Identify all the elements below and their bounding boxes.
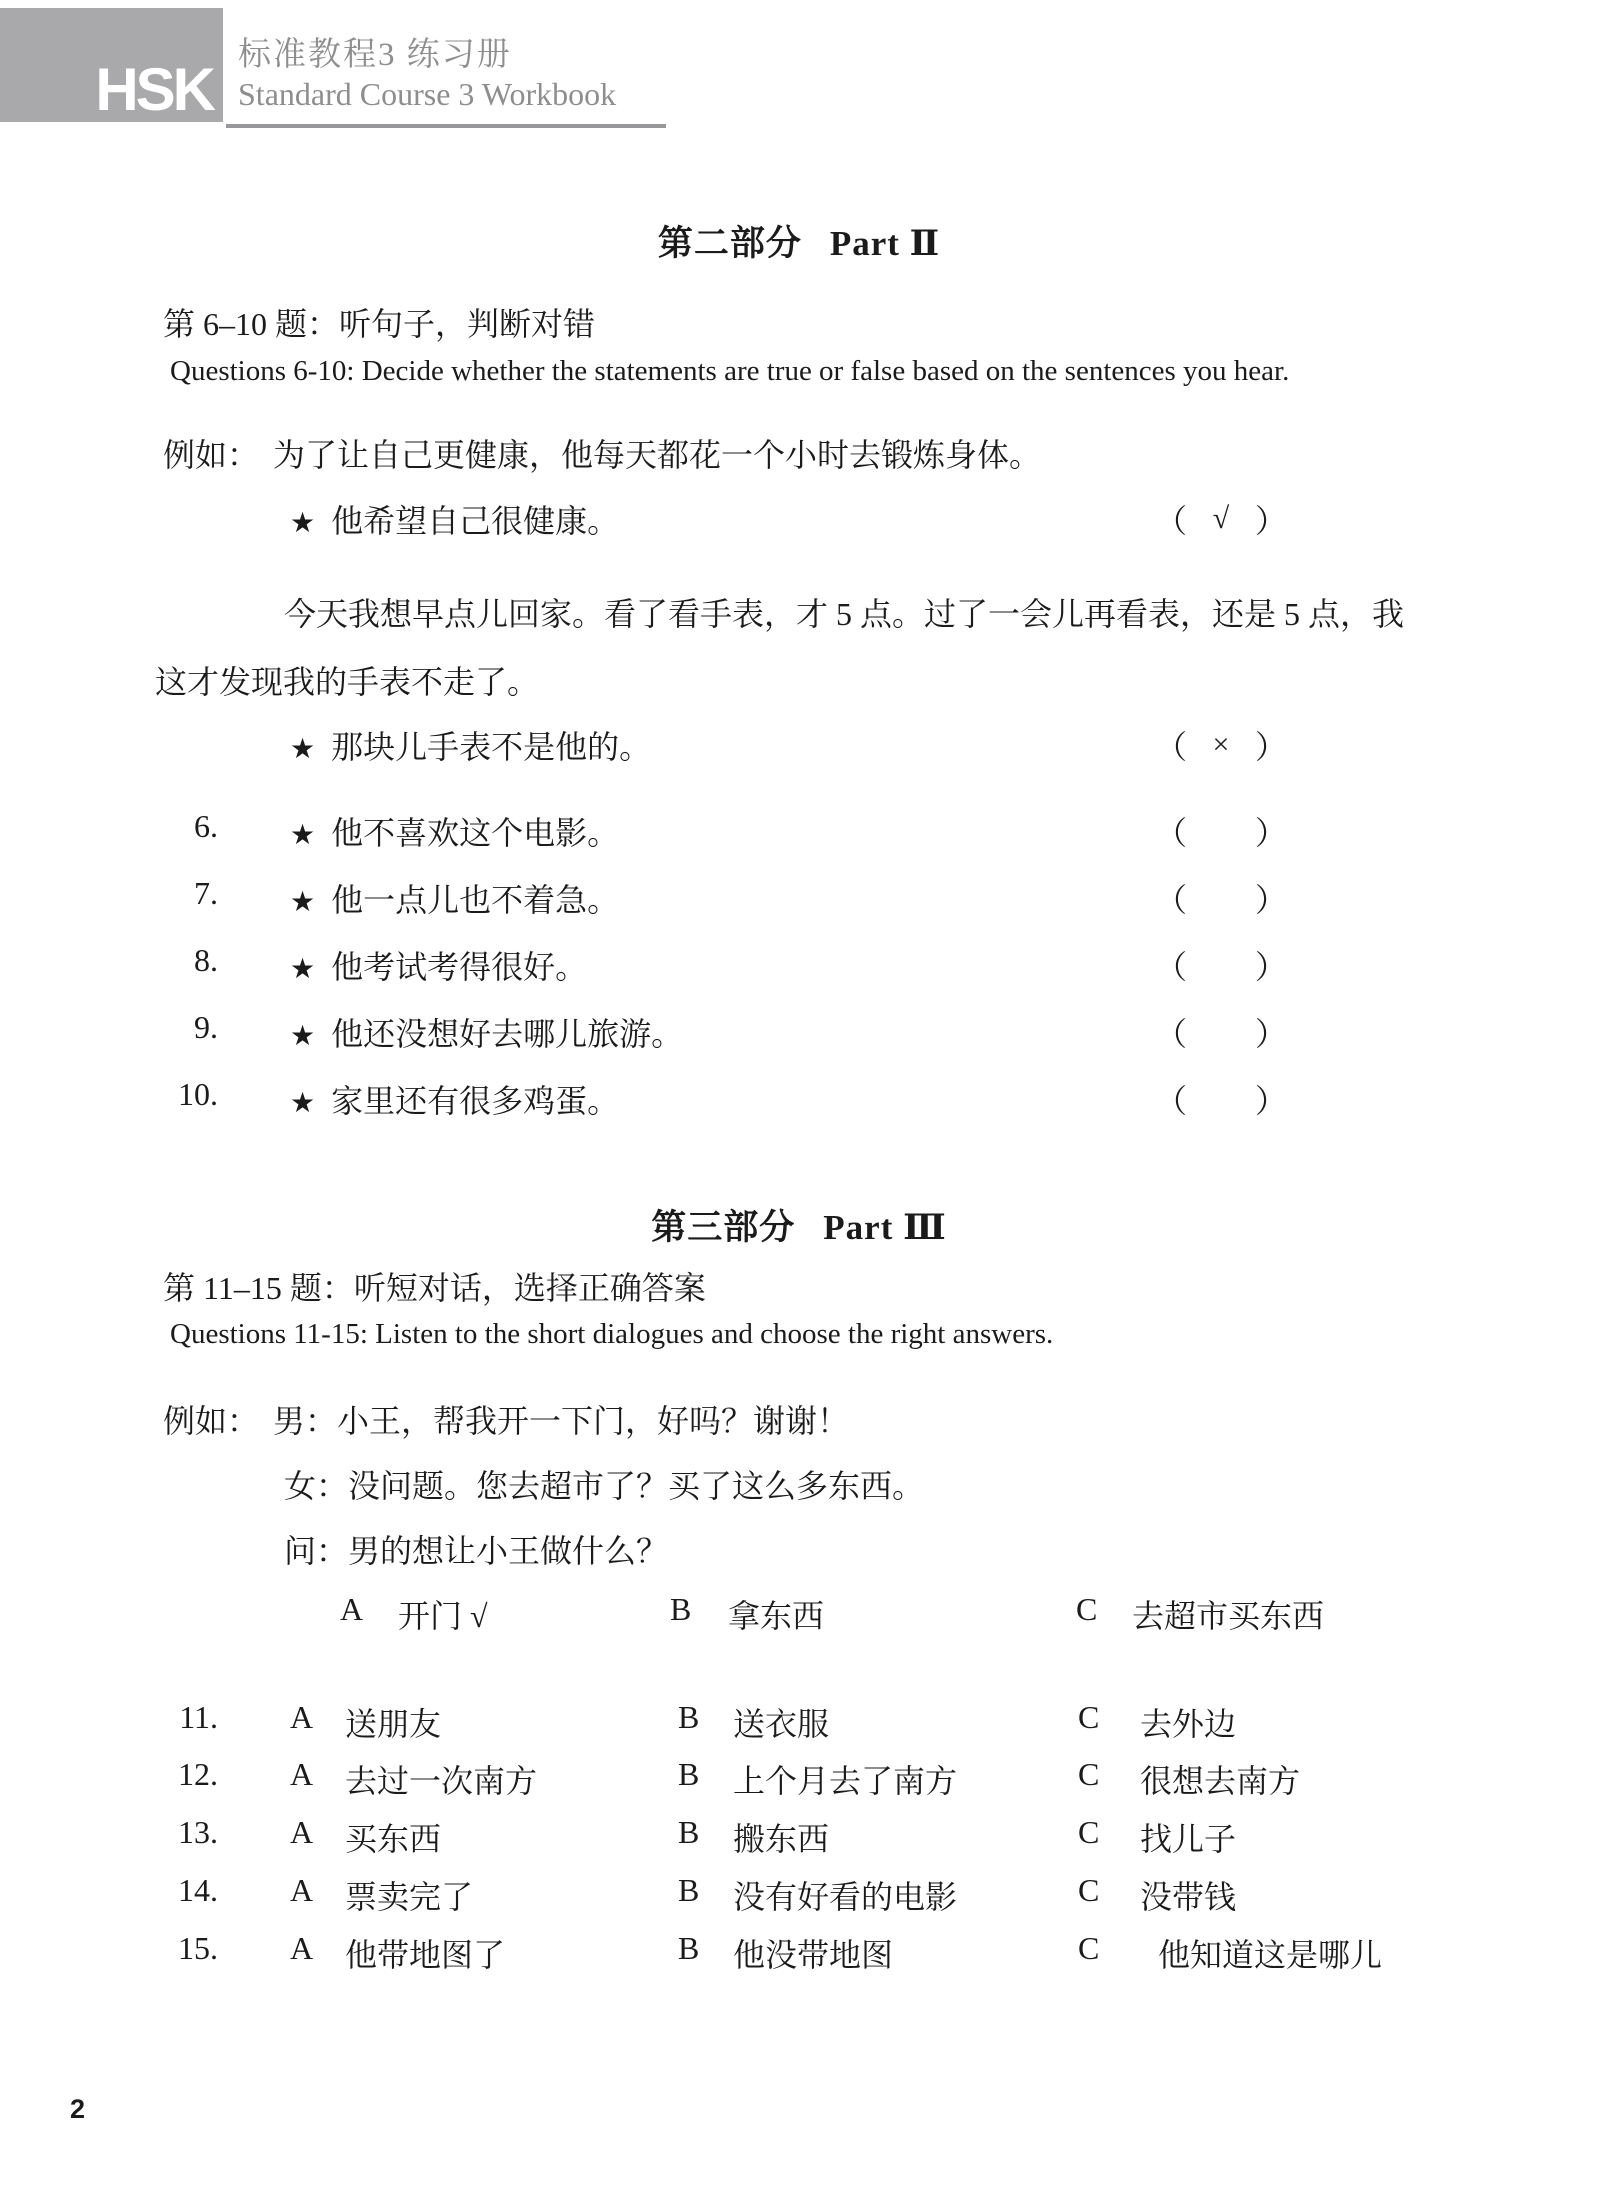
- answer-parens: （ ）: [1155, 875, 1287, 921]
- example-statement: 他希望自己很健康。: [331, 503, 619, 539]
- paren-open: （: [1155, 942, 1187, 988]
- star-icon: ★: [290, 1021, 315, 1052]
- star-icon: ★: [290, 508, 315, 539]
- star-icon: ★: [290, 1088, 315, 1119]
- question-row: ★他考试考得很好。: [290, 942, 587, 988]
- part3-instruction-english: Questions 11-15: Listen to the short dia…: [170, 1318, 1053, 1351]
- part3-title-chinese: 第三部分: [651, 1208, 795, 1247]
- hsk-logo-box: HSK: [0, 8, 223, 122]
- star-icon: ★: [290, 887, 315, 918]
- paren-open: （: [1155, 1076, 1187, 1122]
- example-label: 例如：: [163, 1403, 259, 1439]
- question-number: 15.: [158, 1930, 218, 1967]
- option-letter-c: C: [1076, 1591, 1097, 1628]
- example-label: 例如：: [163, 437, 259, 473]
- option-text-c: 很想去南方: [1140, 1756, 1300, 1802]
- option-text-c: 他知道这是哪儿: [1158, 1930, 1382, 1976]
- paren-open: （: [1155, 875, 1187, 921]
- option-letter-a: A: [290, 1930, 313, 1967]
- question-number: 12.: [158, 1756, 218, 1793]
- option-text-a: 开门 √: [398, 1591, 488, 1637]
- passage-line2: 这才发现我的手表不走了。: [155, 657, 539, 703]
- paren-close: ）: [1255, 1076, 1287, 1122]
- option-letter-c: C: [1078, 1756, 1099, 1793]
- option-letter-b: B: [678, 1930, 699, 1967]
- example2-answer-parens: （ × ）: [1155, 722, 1287, 768]
- part2-example-statement-row: ★他希望自己很健康。: [290, 496, 619, 542]
- option-text-c: 去外边: [1140, 1699, 1236, 1745]
- book-title-chinese: 标准教程3 练习册: [238, 28, 512, 75]
- option-text-b: 他没带地图: [733, 1930, 893, 1976]
- option-letter-a: A: [340, 1591, 363, 1628]
- part2-title-chinese: 第二部分: [658, 224, 802, 263]
- option-text-b: 搬东西: [733, 1814, 829, 1860]
- question-text: 他不喜欢这个电影。: [331, 815, 619, 851]
- paren-open: （: [1155, 496, 1187, 542]
- option-letter-b: B: [678, 1699, 699, 1736]
- part2-title: 第二部分Part Ⅱ: [0, 216, 1598, 266]
- option-text-a: 买东西: [345, 1814, 441, 1860]
- paren-close: ）: [1255, 722, 1287, 768]
- hsk-logo: HSK: [95, 65, 213, 114]
- question-number: 13.: [158, 1814, 218, 1851]
- part2-instruction-chinese: 第 6–10 题：听句子，判断对错: [163, 299, 595, 345]
- question-number: 6.: [158, 808, 218, 845]
- example-answer-parens: （ √ ）: [1155, 496, 1287, 542]
- star-icon: ★: [290, 820, 315, 851]
- option-letter-b: B: [670, 1591, 691, 1628]
- question-row: ★家里还有很多鸡蛋。: [290, 1076, 619, 1122]
- example-sentence: 为了让自己更健康，他每天都花一个小时去锻炼身体。: [273, 437, 1041, 473]
- question-row: ★他还没想好去哪儿旅游。: [290, 1009, 683, 1055]
- option-text-a: 他带地图了: [345, 1930, 505, 1976]
- paren-open: （: [1155, 1009, 1187, 1055]
- paren-close: ）: [1255, 942, 1287, 988]
- paren-close: ）: [1255, 1009, 1287, 1055]
- option-letter-b: B: [678, 1872, 699, 1909]
- answer-parens: （ ）: [1155, 942, 1287, 988]
- question-text: 他还没想好去哪儿旅游。: [331, 1016, 683, 1052]
- question-number: 8.: [158, 942, 218, 979]
- question-row: ★他一点儿也不着急。: [290, 875, 619, 921]
- part3-dialogue-line1: 例如：男：小王，帮我开一下门，好吗？谢谢！: [163, 1396, 849, 1442]
- paren-open: （: [1155, 722, 1187, 768]
- paren-close: ）: [1255, 875, 1287, 921]
- paren-close: ）: [1255, 808, 1287, 854]
- question-number: 7.: [158, 875, 218, 912]
- option-letter-c: C: [1078, 1872, 1099, 1909]
- part2-example-sentence-line: 例如：为了让自己更健康，他每天都花一个小时去锻炼身体。: [163, 430, 1041, 476]
- option-letter-a: A: [290, 1756, 313, 1793]
- option-text-a: 去过一次南方: [345, 1756, 537, 1802]
- paren-open: （: [1155, 808, 1187, 854]
- example2-statement: 那块儿手表不是他的。: [331, 729, 651, 765]
- option-letter-c: C: [1078, 1930, 1099, 1967]
- option-text-b: 送衣服: [733, 1699, 829, 1745]
- header-divider: [226, 124, 666, 128]
- option-letter-a: A: [290, 1872, 313, 1909]
- option-text-a: 送朋友: [345, 1699, 441, 1745]
- option-text-a: 票卖完了: [345, 1872, 473, 1918]
- answer-parens: （ ）: [1155, 1009, 1287, 1055]
- option-letter-b: B: [678, 1756, 699, 1793]
- part2-instruction-english: Questions 6-10: Decide whether the state…: [170, 355, 1289, 388]
- option-text-c: 没带钱: [1140, 1872, 1236, 1918]
- option-letter-a: A: [290, 1814, 313, 1851]
- question-text: 家里还有很多鸡蛋。: [331, 1083, 619, 1119]
- option-text-c: 找儿子: [1140, 1814, 1236, 1860]
- option-letter-c: C: [1078, 1814, 1099, 1851]
- question-number: 14.: [158, 1872, 218, 1909]
- page-number: 2: [70, 2094, 85, 2125]
- part2-title-english: Part Ⅱ: [830, 224, 940, 263]
- option-text-b: 上个月去了南方: [733, 1756, 957, 1802]
- option-text-c: 去超市买东西: [1132, 1591, 1324, 1637]
- cross-mark: ×: [1213, 728, 1230, 762]
- book-title-english: Standard Course 3 Workbook: [238, 76, 616, 113]
- question-text: 他考试考得很好。: [331, 949, 587, 985]
- question-number: 11.: [158, 1699, 218, 1736]
- part2-example2-statement-row: ★那块儿手表不是他的。: [290, 722, 651, 768]
- question-row: ★他不喜欢这个电影。: [290, 808, 619, 854]
- question-number: 9.: [158, 1009, 218, 1046]
- part3-title-english: Part Ⅲ: [823, 1208, 946, 1247]
- dialogue-female-line: 女：没问题。您去超市了？买了这么多东西。: [284, 1461, 924, 1507]
- check-mark: √: [1213, 502, 1229, 536]
- option-letter-b: B: [678, 1814, 699, 1851]
- option-text-b: 拿东西: [728, 1591, 824, 1637]
- option-letter-c: C: [1078, 1699, 1099, 1736]
- option-letter-a: A: [290, 1699, 313, 1736]
- part3-title: 第三部分Part Ⅲ: [0, 1200, 1598, 1250]
- paren-close: ）: [1255, 496, 1287, 542]
- star-icon: ★: [290, 954, 315, 985]
- answer-parens: （ ）: [1155, 808, 1287, 854]
- dialogue-male-line: 男：小王，帮我开一下门，好吗？谢谢！: [273, 1403, 849, 1439]
- part3-instruction-chinese: 第 11–15 题：听短对话，选择正确答案: [163, 1263, 706, 1309]
- answer-parens: （ ）: [1155, 1076, 1287, 1122]
- option-text-b: 没有好看的电影: [733, 1872, 957, 1918]
- question-number: 10.: [158, 1076, 218, 1113]
- question-text: 他一点儿也不着急。: [331, 882, 619, 918]
- star-icon: ★: [290, 734, 315, 765]
- dialogue-question-line: 问：男的想让小王做什么？: [284, 1526, 668, 1572]
- passage-line1: 今天我想早点儿回家。看了看手表，才 5 点。过了一会儿再看表，还是 5 点，我: [284, 589, 1404, 635]
